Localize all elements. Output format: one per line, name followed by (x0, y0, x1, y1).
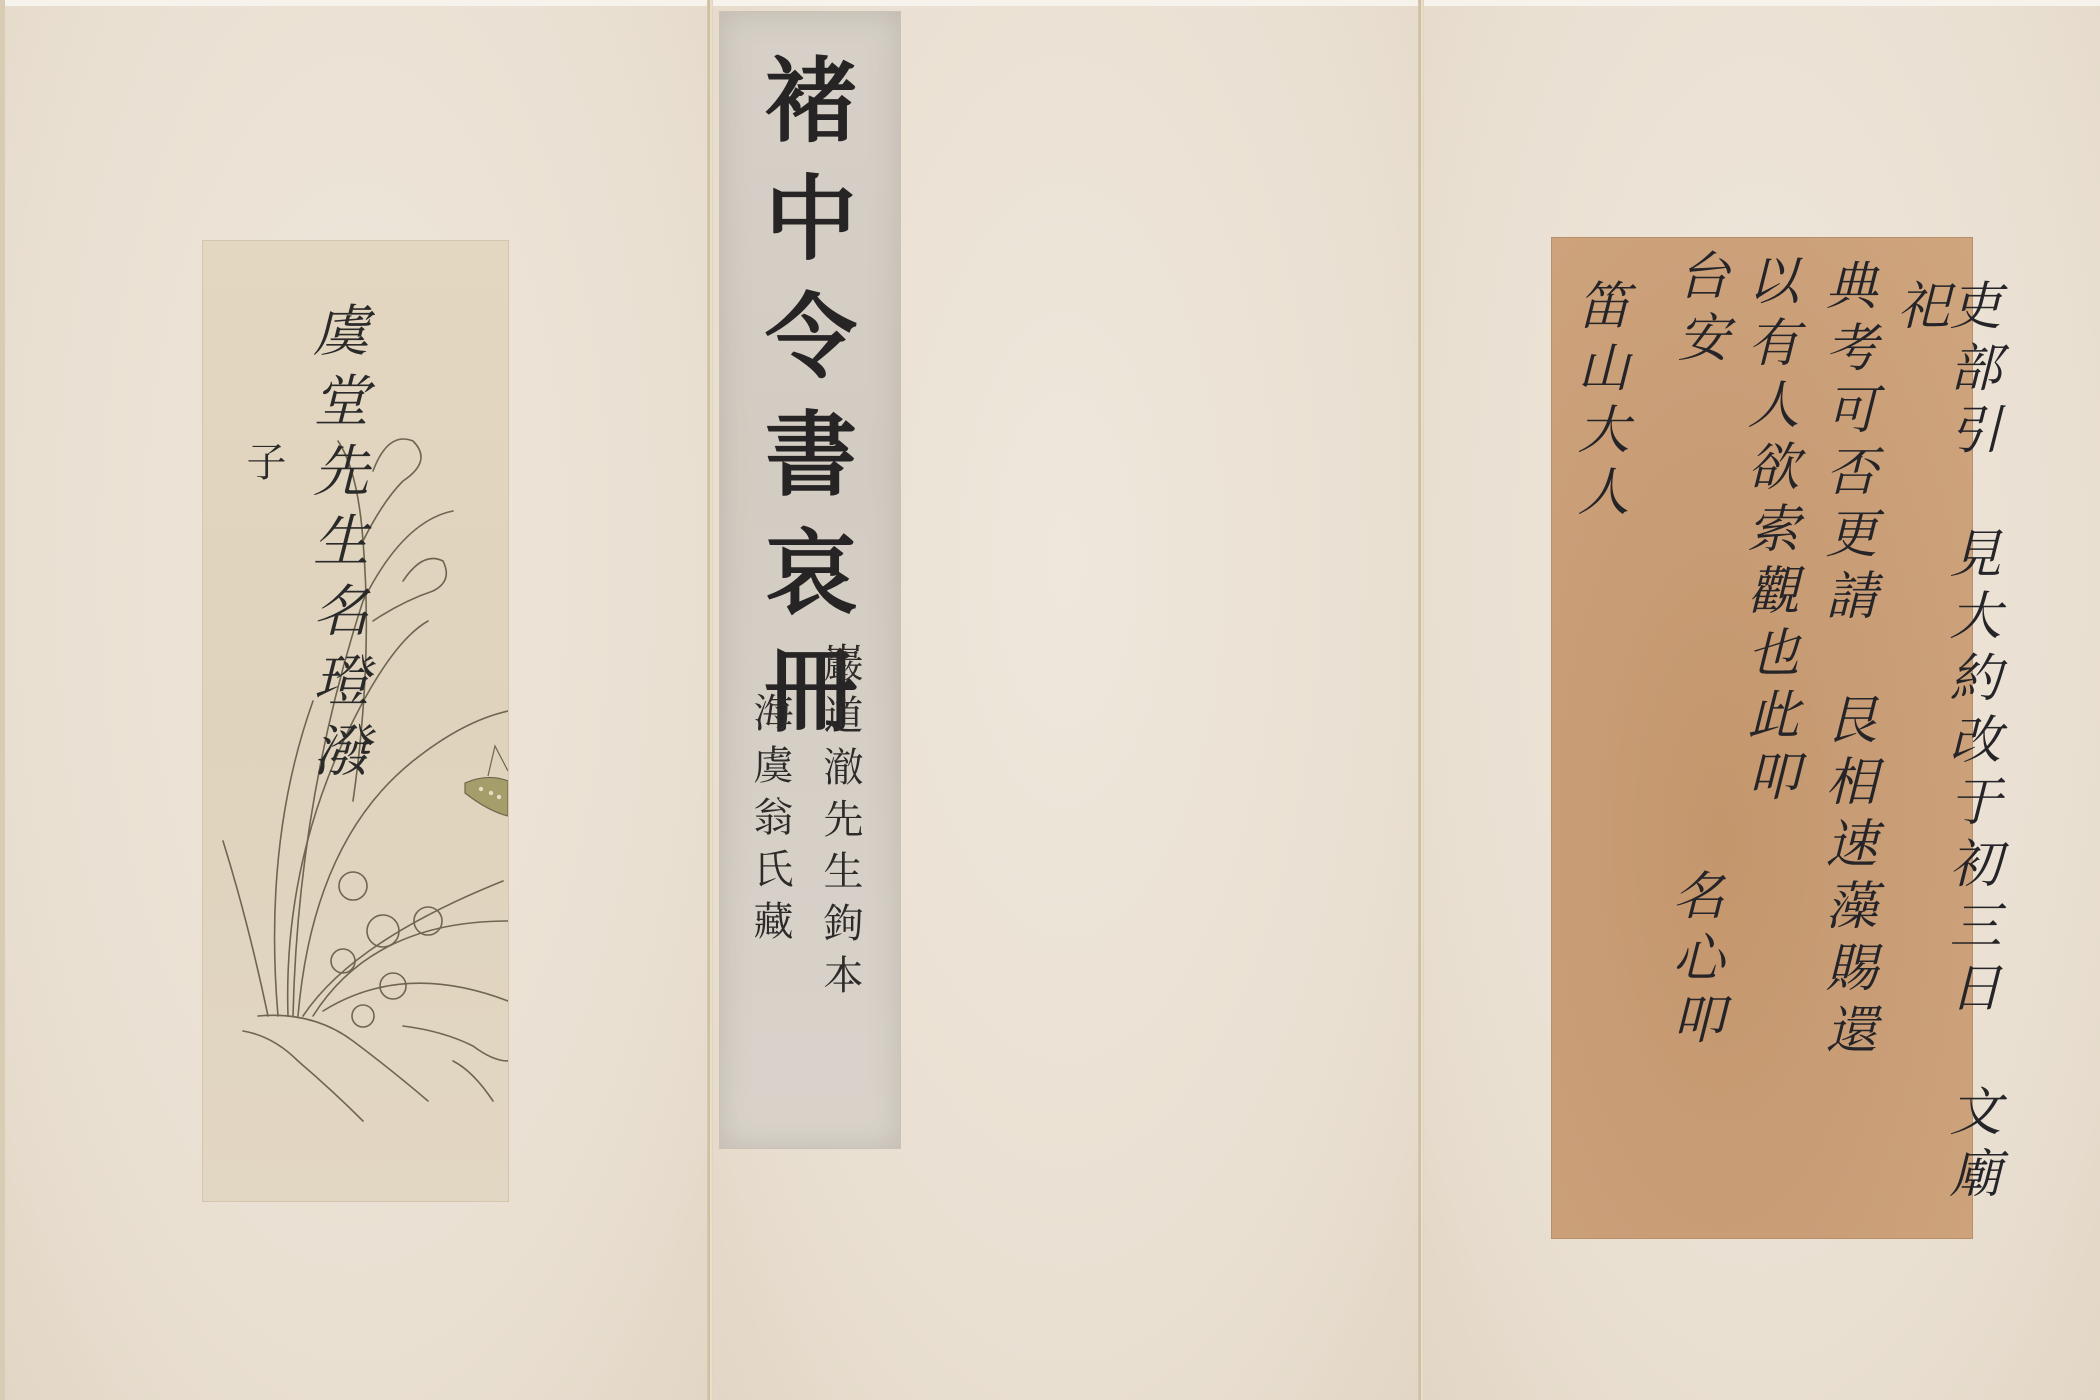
album-top-edge (0, 0, 2100, 6)
letter-column-1: 吏部引 見大約改于初三日 文廟祀 (1892, 278, 1996, 1238)
letter-signature: 名心叩 (1667, 868, 1719, 1054)
orchid-painting-leaf: 虞堂先生名璒潑 子 (203, 241, 508, 1201)
slip-subtitle-left: 海虞翁氏藏 (750, 692, 790, 952)
page-fold-1 (707, 0, 713, 1400)
orchid-inscription-side: 子 (243, 441, 283, 481)
album-left-edge (0, 0, 5, 1400)
letter-column-3: 以有人欲索觀也此叩 (1742, 253, 1794, 811)
grasshopper-icon (465, 746, 508, 816)
letter-leaf: 吏部引 見大約改于初三日 文廟祀 典考可否更請 艮相速藻賜還 以有人欲索觀也此叩… (1552, 238, 1972, 1238)
page-fold-2 (1418, 0, 1424, 1400)
slip-subtitle-right: 巖道澈先生鉤本 (820, 642, 860, 1006)
letter-column-4: 台安 (1672, 248, 1724, 372)
letter-column-2: 典考可否更請 艮相速藻賜還 (1820, 258, 1872, 1064)
title-slip: 褚中令書哀冊 巖道澈先生鉤本 海虞翁氏藏 (720, 12, 900, 1148)
letter-addressee: 笛山大人 (1572, 278, 1624, 526)
orchid-inscription: 虞堂先生名璒潑 (308, 301, 364, 791)
album-spread: 虞堂先生名璒潑 子 褚中令書哀冊 巖道澈先生鉤本 海虞翁氏藏 吏部引 見大約改于… (0, 0, 2100, 1400)
